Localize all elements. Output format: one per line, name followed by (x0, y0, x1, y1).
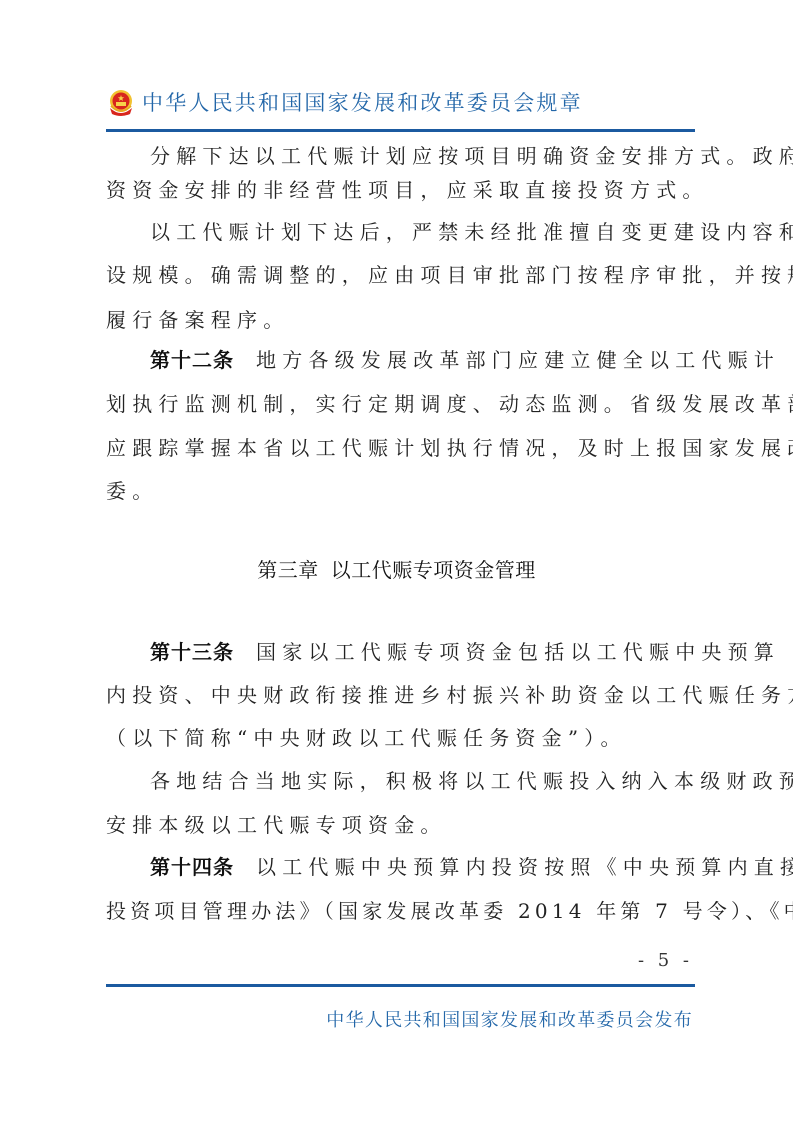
body-line: 以工代赈计划下达后，严禁未经批准擅自变更建设内容和建 (150, 217, 750, 247)
footer-publisher: 中华人民共和国国家发展和改革委员会发布 (326, 1006, 693, 1032)
chapter-heading: 第三章以工代赈专项资金管理 (0, 555, 793, 585)
article-12-line: 应跟踪掌握本省以工代赈计划执行情况，及时上报国家发展改革 (106, 433, 706, 463)
article-12-line: 委。 (106, 476, 706, 506)
article-14-line: 第十四条以工代赈中央预算内投资按照《中央预算内直接 (150, 852, 750, 882)
body-line: 资资金安排的非经营性项目，应采取直接投资方式。 (106, 175, 706, 205)
article-13-line: 第十三条国家以工代赈专项资金包括以工代赈中央预算 (150, 637, 750, 667)
page-header: 中华人民共和国国家发展和改革委员会规章 (106, 88, 583, 118)
body-line: 履行备案程序。 (106, 305, 706, 335)
article-13-line: （以下简称“中央财政以工代赈任务资金”）。 (106, 723, 706, 753)
article-13-text: 国家以工代赈专项资金包括以工代赈中央预算 (256, 640, 780, 664)
article-13-label: 第十三条 (150, 640, 234, 664)
chapter-number: 第三章 (257, 558, 319, 582)
chapter-title: 以工代赈专项资金管理 (331, 558, 536, 582)
body-line: 分解下达以工代赈计划应按项目明确资金安排方式。政府投 (150, 141, 750, 171)
article-12-line: 第十二条地方各级发展改革部门应建立健全以工代赈计 (150, 345, 750, 375)
body-line: 设规模。确需调整的，应由项目审批部门按程序审批，并按规定 (106, 260, 706, 290)
article-12-line: 划执行监测机制，实行定期调度、动态监测。省级发展改革部门 (106, 389, 706, 419)
national-emblem-icon (106, 88, 136, 118)
article-12-text: 地方各级发展改革部门应建立健全以工代赈计 (256, 348, 780, 372)
article-14-line: 投资项目管理办法》（国家发展改革委 2014 年第 7 号令）、《中 (106, 896, 706, 926)
body-line: 各地结合当地实际，积极将以工代赈投入纳入本级财政预算， (150, 766, 750, 796)
header-rule (106, 129, 695, 132)
header-title: 中华人民共和国国家发展和改革委员会规章 (142, 88, 583, 118)
article-13-line: 内投资、中央财政衔接推进乡村振兴补助资金以工代赈任务方向 (106, 680, 706, 710)
article-12-label: 第十二条 (150, 348, 234, 372)
article-14-label: 第十四条 (150, 855, 234, 879)
article-14-text: 以工代赈中央预算内投资按照《中央预算内直接 (256, 855, 793, 879)
body-line: 安排本级以工代赈专项资金。 (106, 810, 706, 840)
document-page: 中华人民共和国国家发展和改革委员会规章 分解下达以工代赈计划应按项目明确资金安排… (0, 0, 793, 1122)
page-number: - 5 - (638, 950, 693, 971)
footer-rule (106, 984, 695, 987)
